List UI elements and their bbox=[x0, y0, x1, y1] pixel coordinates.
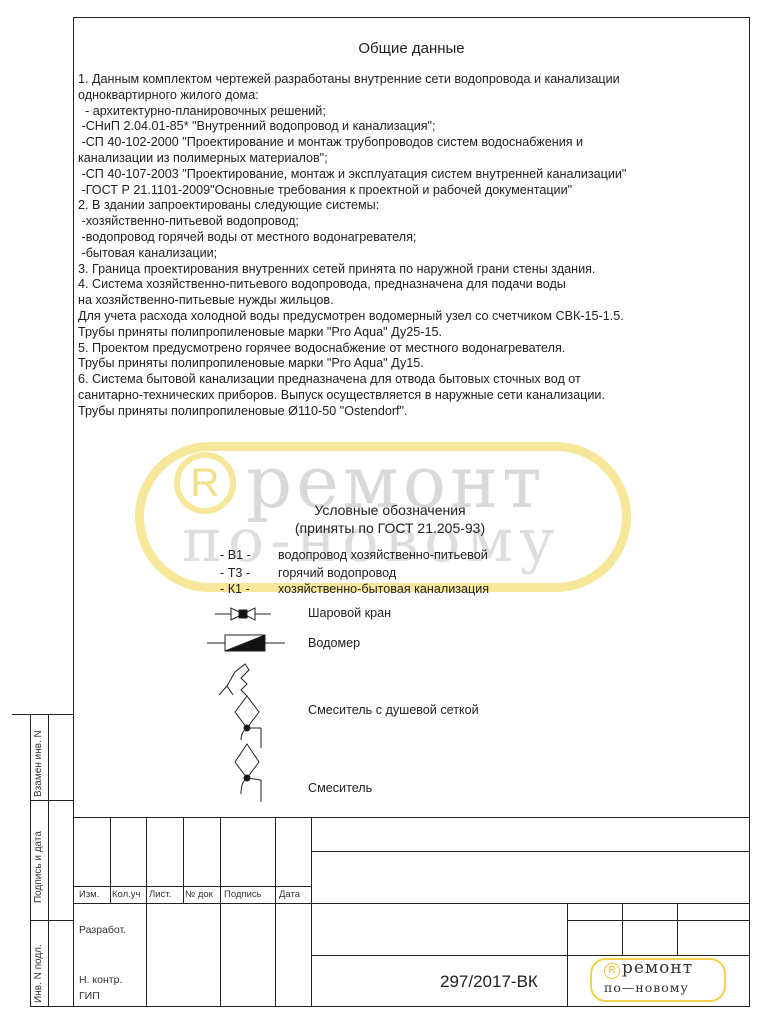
note-line: 4. Система хозяйственно-питьевого водопр… bbox=[78, 277, 748, 293]
note-line: 2. В здании запроектированы следующие си… bbox=[78, 198, 748, 214]
legend-code-t3: - Т3 - bbox=[220, 566, 250, 580]
note-line: Трубы приняты полипропиленовые марки "Pr… bbox=[78, 325, 748, 341]
note-line: канализации из полимерных материалов"; bbox=[78, 151, 748, 167]
note-line: на хозяйственно-питьевые нужды жильцов. bbox=[78, 293, 748, 309]
ball-valve-icon bbox=[215, 608, 271, 620]
symbol-label-shower-mixer: Смеситель с душевой сеткой bbox=[308, 703, 479, 717]
note-line: Трубы приняты полипропиленовые Ø110-50 "… bbox=[78, 404, 748, 420]
role-norm-control: Н. контр. bbox=[79, 974, 122, 986]
note-line: -водопровод горячей воды от местного вод… bbox=[78, 230, 748, 246]
note-line: 3. Граница проектирования внутренних сет… bbox=[78, 262, 748, 278]
note-line: -бытовая канализации; bbox=[78, 246, 748, 262]
stamp-inv-original: Инв. N подл. bbox=[33, 944, 44, 1003]
col-date: Дата bbox=[279, 889, 300, 900]
legend-subtitle: (приняты по ГОСТ 21.205-93) bbox=[240, 520, 540, 536]
legend-text-k1: хозяйственно-бытовая канализация bbox=[278, 582, 489, 596]
legend-code-k1: - К1 - bbox=[220, 582, 250, 596]
side-strip-line bbox=[30, 714, 31, 1007]
legend-text-b1: водопровод хозяйственно-питьевой bbox=[278, 548, 488, 562]
note-line: -СП 40-102-2000 "Проектирование и монтаж… bbox=[78, 135, 748, 151]
note-line: - архитектурно-планировочных решений; bbox=[78, 104, 748, 120]
watermark-registered-icon: R bbox=[174, 452, 236, 514]
note-line: -СНиП 2.04.01-85* "Внутренний водопровод… bbox=[78, 119, 748, 135]
mixer-icon bbox=[205, 740, 305, 810]
symbol-label-mixer: Смеситель bbox=[308, 781, 372, 795]
note-line: -СП 40-107-2003 "Проектирование, монтаж … bbox=[78, 167, 748, 183]
col-signature: Подпись bbox=[224, 889, 262, 900]
general-notes: 1. Данным комплектом чертежей разработан… bbox=[78, 72, 748, 420]
legend-text-t3: горячий водопровод bbox=[278, 566, 396, 580]
document-code: 297/2017-ВК bbox=[440, 972, 538, 992]
stamp-replaced-inv: Взамен инв. N bbox=[33, 730, 44, 797]
page-title: Общие данные bbox=[73, 40, 750, 57]
side-strip-top-line bbox=[12, 714, 73, 715]
stamp-signature-date: Подпись и дата bbox=[33, 831, 44, 903]
note-line: -хозяйственно-питьевой водопровод; bbox=[78, 214, 748, 230]
note-line: 6. Система бытовой канализации предназна… bbox=[78, 372, 748, 388]
note-line: санитарно-технических приборов. Выпуск о… bbox=[78, 388, 748, 404]
symbol-label-ball-valve: Шаровой кран bbox=[308, 606, 391, 620]
note-line: Для учета расхода холодной воды предусмо… bbox=[78, 309, 748, 325]
side-strip-line bbox=[48, 714, 49, 1007]
side-strip-line bbox=[30, 1006, 73, 1007]
logo-line2: по—новому bbox=[604, 980, 689, 995]
water-meter-icon bbox=[207, 635, 285, 651]
registered-icon: R bbox=[604, 963, 620, 979]
shower-mixer-icon bbox=[219, 664, 261, 748]
side-strip-line bbox=[30, 920, 73, 921]
role-developer: Разработ. bbox=[79, 924, 126, 936]
note-line: -ГОСТ Р 21.1101-2009"Основные требования… bbox=[78, 183, 748, 199]
note-line: Трубы приняты полипропиленовые марки "Pr… bbox=[78, 356, 748, 372]
legend-title: Условные обозначения bbox=[240, 502, 540, 518]
side-strip-line bbox=[30, 800, 73, 801]
col-kol-uch: Кол.уч bbox=[112, 889, 141, 900]
note-line: одноквартирного жилого дома: bbox=[78, 88, 748, 104]
role-chief-engineer: ГИП bbox=[79, 990, 100, 1002]
col-izm: Изм. bbox=[79, 889, 99, 900]
col-list: Лист. bbox=[149, 889, 171, 900]
legend-code-b1: - В1 - bbox=[220, 548, 251, 562]
note-line: 1. Данным комплектом чертежей разработан… bbox=[78, 72, 748, 88]
logo-line1: ремонт bbox=[622, 958, 693, 978]
symbol-label-water-meter: Водомер bbox=[308, 636, 360, 650]
note-line: 5. Проектом предусмотрено горячее водосн… bbox=[78, 341, 748, 357]
col-doc-no: № док bbox=[185, 889, 213, 900]
